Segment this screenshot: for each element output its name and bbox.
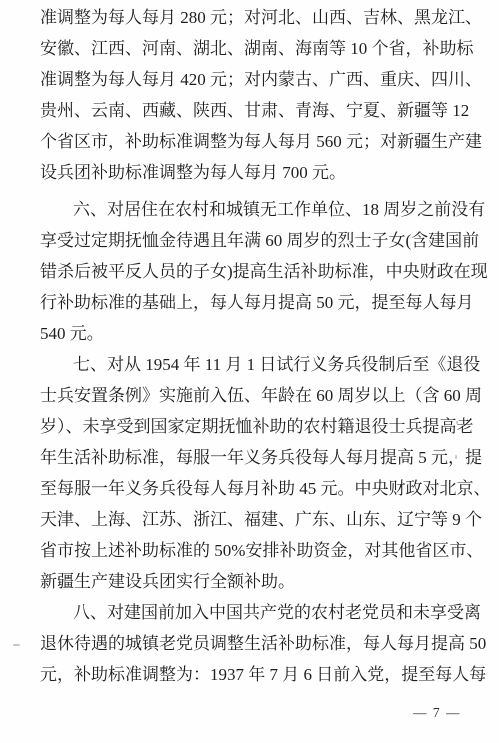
paragraph-item-7: 七、对从 1954 年 11 月 1 日试行义务兵役制后至《退役 士兵安置条例》… [40, 349, 462, 597]
text-line: 省市按上述补助标准的 50%安排补助资金，对其他省区市、 [40, 535, 462, 566]
text-line: 准调整为每人每月 420 元；对内蒙古、广西、重庆、四川、 [40, 64, 462, 95]
scan-speckle [456, 421, 458, 424]
scan-speckle [455, 269, 458, 272]
text-line: 540 元。 [40, 318, 462, 349]
scan-speckle [13, 644, 20, 646]
text-line: 贵州、云南、西藏、陕西、甘肃、青海、宁夏、新疆等 12 [40, 95, 462, 126]
scan-speckle [455, 455, 457, 459]
text-line: 至每服一年义务兵役每人每月补助 45 元。中央财政对北京、 [40, 473, 462, 504]
text-line: 退休待遇的城镇老党员调整生活补助标准，每人每月提高 50 [40, 628, 462, 659]
paragraph-continuation: 准调整为每人每月 280 元；对河北、山西、吉林、黑龙江、 安徽、江西、河南、湖… [40, 2, 462, 188]
paragraph-item-8: 八、对建国前加入中国共产党的农村老党员和未享受离 退休待遇的城镇老党员调整生活补… [40, 597, 462, 690]
text-line: 设兵团补助标准调整为每人每月 700 元。 [40, 157, 462, 188]
text-line: 岁）、未享受到国家定期抚恤补助的农村籍退役士兵提高老 [40, 411, 462, 442]
document-page: 准调整为每人每月 280 元；对河北、山西、吉林、黑龙江、 安徽、江西、河南、湖… [0, 0, 499, 743]
text-line: 元，补助标准调整为：1937 年 7 月 6 日前入党，提至每人每 [40, 659, 462, 690]
text-line: 士兵安置条例》实施前入伍、年龄在 60 周岁以上（含 60 周 [40, 380, 462, 411]
text-line: 个省区市，补助标准调整为每人每月 560 元；对新疆生产建 [40, 126, 462, 157]
text-line: 行补助标准的基础上，每人每月提高 50 元，提至每人每月 [40, 287, 462, 318]
text-line: 八、对建国前加入中国共产党的农村老党员和未享受离 [40, 597, 462, 628]
text-line: 安徽、江西、河南、湖北、湖南、海南等 10 个省，补助标 [40, 33, 462, 64]
scan-speckle [455, 355, 457, 359]
text-line: 准调整为每人每月 280 元；对河北、山西、吉林、黑龙江、 [40, 2, 462, 33]
text-line: 天津、上海、江苏、浙江、福建、广东、山东、辽宁等 9 个 [40, 504, 462, 535]
paragraph-item-6: 六、对居住在农村和城镇无工作单位、18 周岁之前没有 享受过定期抚恤金待遇且年满… [40, 194, 462, 349]
document-body: 准调整为每人每月 280 元；对河北、山西、吉林、黑龙江、 安徽、江西、河南、湖… [40, 2, 462, 690]
text-line: 错杀后被平反人员的子女)提高生活补助标准，中央财政在现 [40, 256, 462, 287]
text-line: 新疆生产建设兵团实行全额补助。 [40, 566, 462, 597]
text-line: 七、对从 1954 年 11 月 1 日试行义务兵役制后至《退役 [40, 349, 462, 380]
page-number: — 7 — [413, 705, 461, 721]
text-line: 享受过定期抚恤金待遇且年满 60 周岁的烈士子女(含建国前 [40, 225, 462, 256]
text-line: 年生活补助标准，每服一年义务兵役每人每月提高 5 元，提 [40, 442, 462, 473]
text-line: 六、对居住在农村和城镇无工作单位、18 周岁之前没有 [40, 194, 462, 225]
